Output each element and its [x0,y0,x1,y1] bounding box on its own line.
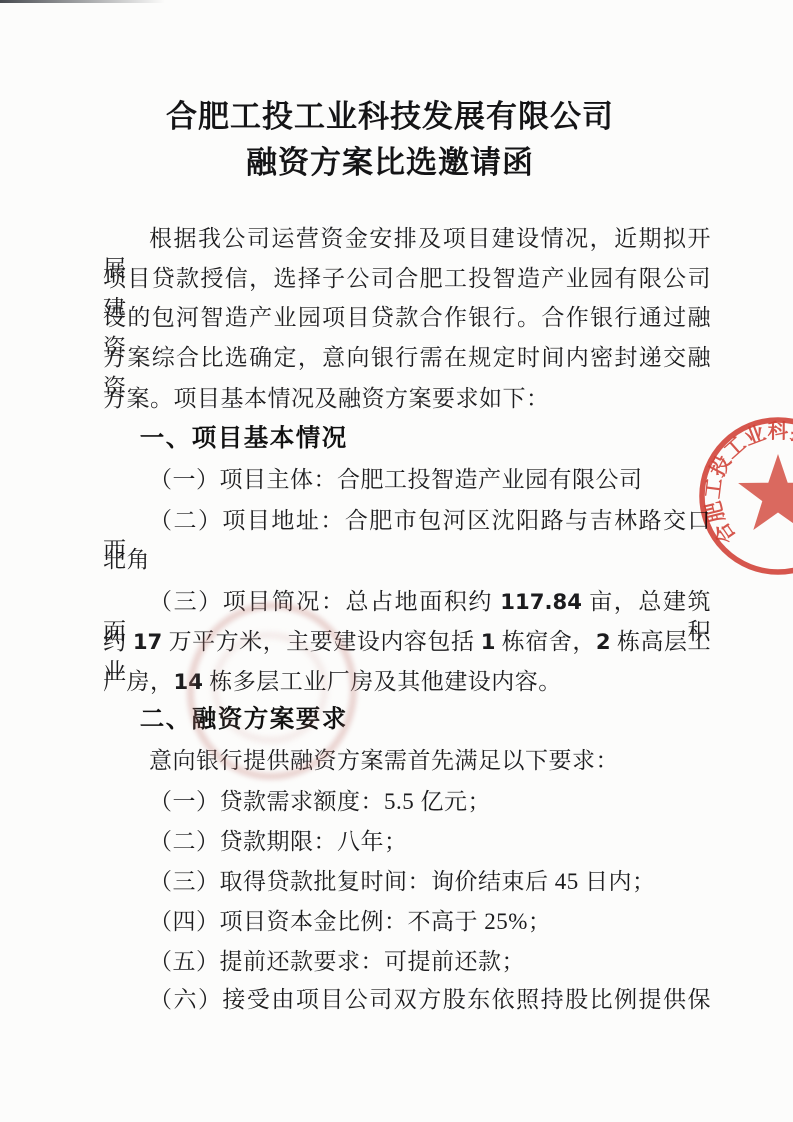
seal-star-icon [738,454,793,530]
body-line: （一）项目主体：合肥工投智造产业园有限公司 [103,465,711,495]
body-line: （五）提前还款要求：可提前还款； [103,947,711,977]
body-line: （三）取得贷款批复时间：询价结束后 45 日内； [103,867,711,897]
body-line: （六）接受由项目公司双方股东依照持股比例提供保 [103,985,711,1015]
document-title-line2: 融资方案比选邀请函 [0,140,780,186]
body-line: （一）贷款需求额度：5.5 亿元； [103,787,711,817]
scan-artifact [0,0,165,3]
body-line: 北角 [103,545,711,575]
document-title: 合肥工投工业科技发展有限公司 融资方案比选邀请函 [0,94,780,186]
body-line: （四）项目资本金比例：不高于 25%； [103,907,711,937]
document-title-line1: 合肥工投工业科技发展有限公司 [0,94,780,140]
body-line: 方案。项目基本情况及融资方案要求如下： [103,384,711,414]
scanned-document-page: 合肥工投工业科技发展有限公司 融资方案比选邀请函 根据我公司运营资金安排及项目建… [0,0,793,1122]
company-seal: 合肥工投工业科技发展有限公司 [668,386,793,606]
section-heading-1: 一、项目基本情况 [103,424,711,454]
body-line: 意向银行提供融资方案需首先满足以下要求： [103,746,711,776]
body-line: （二）贷款期限：八年； [103,827,711,857]
